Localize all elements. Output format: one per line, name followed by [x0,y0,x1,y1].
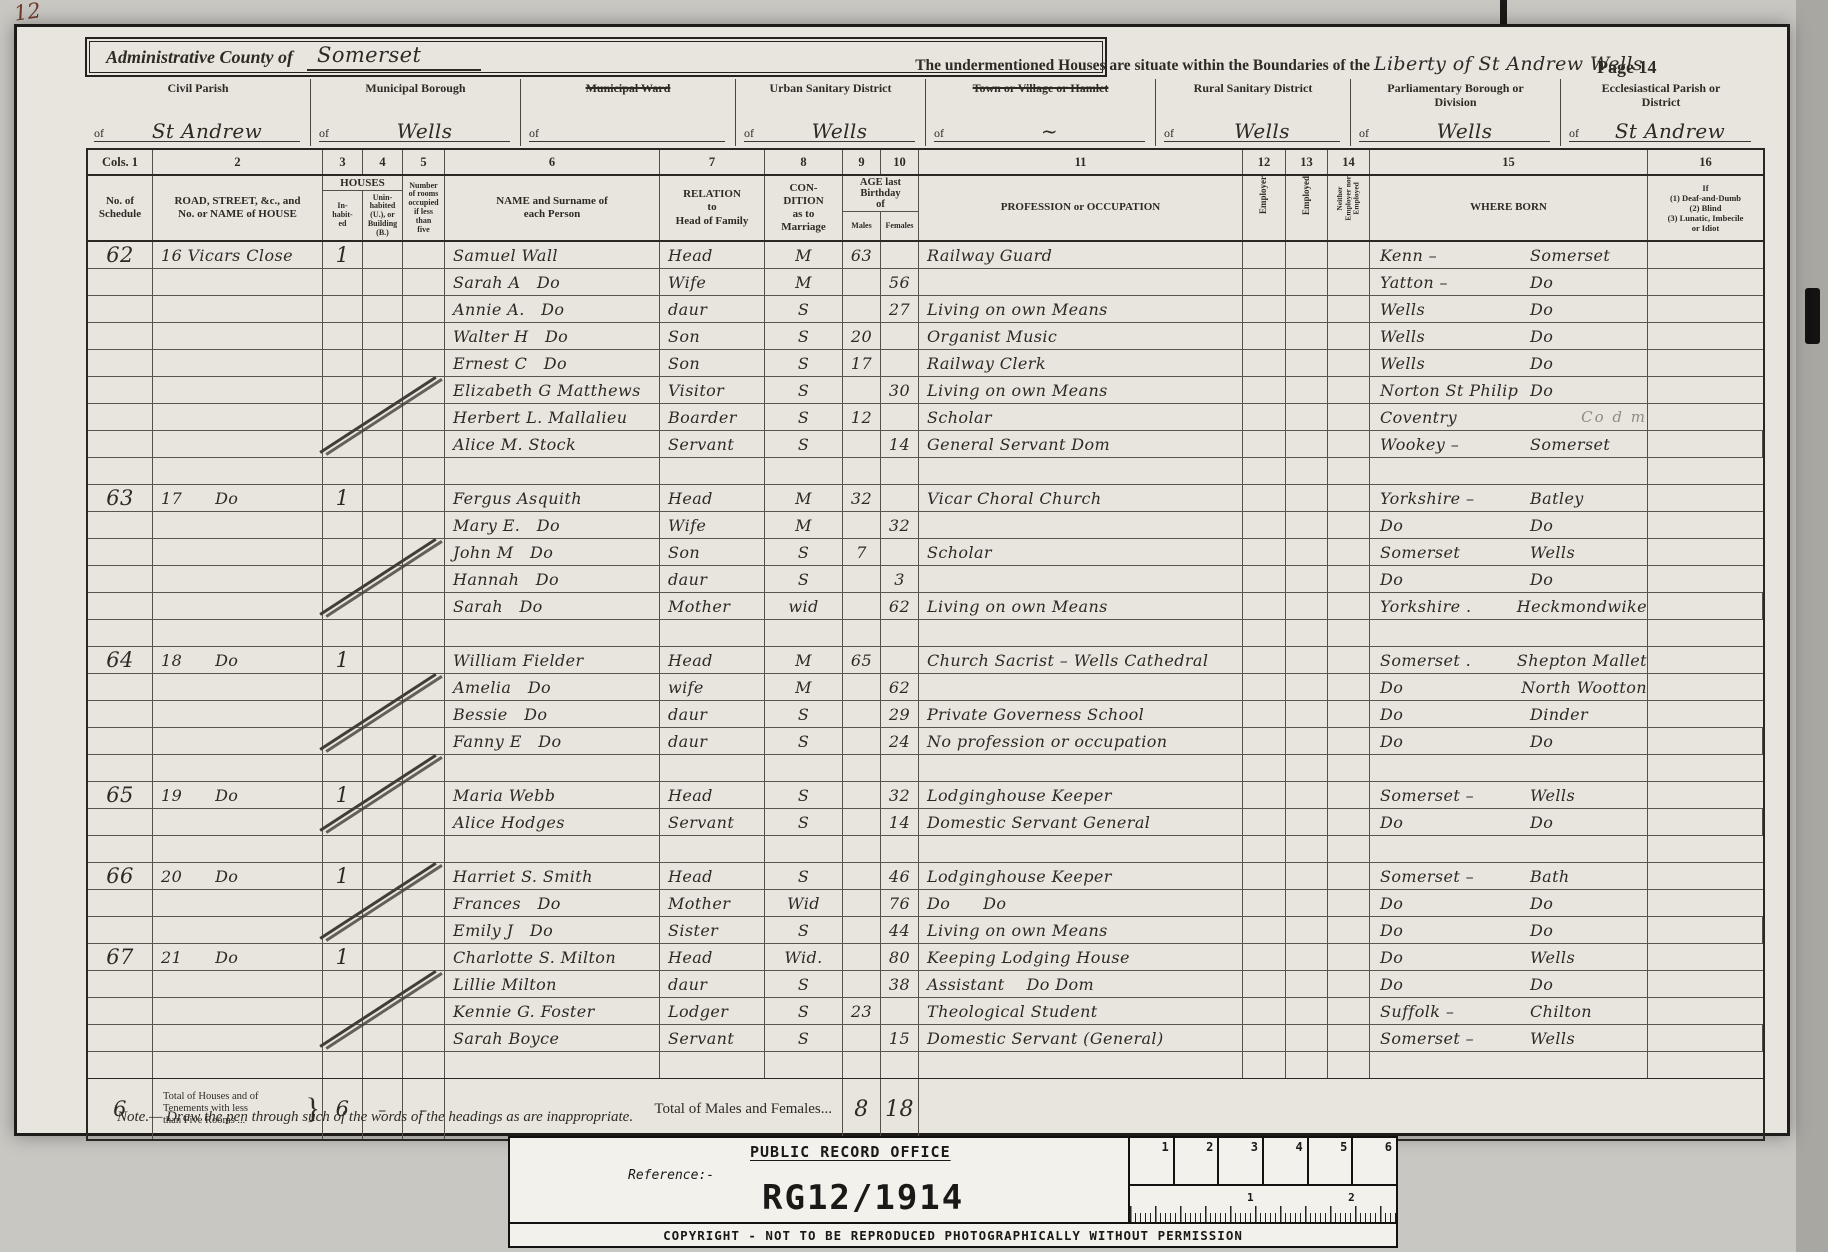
cell-uninhabited [363,269,403,295]
cell-uninhabited [363,917,403,943]
cell-name: Walter H Do [445,323,660,349]
district-of: of [1359,126,1369,141]
cell-age-female [881,242,919,268]
cell-age-female: 30 [881,377,919,403]
cell-employer [1243,863,1286,889]
cell-employed [1286,296,1328,322]
cell-name: Emily J Do [445,917,660,943]
born-place: Do [1370,570,1530,589]
census-row: Alice M. StockServantS14General Servant … [88,431,1763,458]
cell-uninhabited [363,1052,403,1078]
boundary-statement: The undermentioned Houses are situate wi… [643,53,1643,75]
cell-occupation: Domestic Servant General [919,809,1243,835]
cell-neither [1328,755,1370,781]
cell-age-female [881,836,919,862]
cell-address [153,917,323,943]
cell-employed [1286,350,1328,376]
cell-name [445,458,660,484]
census-row: Bessie DodaurS29Private Governess School… [88,701,1763,728]
cell-infirmity [1648,917,1763,943]
cell-age-male [843,890,881,916]
cell-age-male [843,809,881,835]
cell-age-male: 32 [843,485,881,511]
cell-neither [1328,917,1370,943]
cell-relation [660,755,765,781]
cell-relation: Head [660,647,765,673]
cell-relation: Head [660,863,765,889]
cell-age-male [843,863,881,889]
cell-condition: S [765,701,843,727]
cell-age-male: 63 [843,242,881,268]
cell-address [153,728,323,754]
cell-infirmity [1648,971,1763,997]
cell-address [153,620,323,646]
cell-address [153,431,323,457]
cell-name: Samuel Wall [445,242,660,268]
cell-age-male: 7 [843,539,881,565]
census-row: 6620 Do1Harriet S. SmithHeadS46Lodgingho… [88,863,1763,890]
column-numbers-row: Cols. 12345678910111213141516 [88,150,1763,176]
cell-neither [1328,242,1370,268]
cell-inhabited [323,836,363,862]
census-row: 6519 Do1Maria WebbHeadS32Lodginghouse Ke… [88,782,1763,809]
cell-uninhabited [363,485,403,511]
cell-employed [1286,809,1328,835]
census-row: 6721 Do1Charlotte S. MiltonHeadWid.80Kee… [88,944,1763,971]
cell-address [153,701,323,727]
cell-infirmity [1648,1025,1763,1051]
cell-occupation [919,269,1243,295]
cell-employed [1286,647,1328,673]
cell-inhabited [323,971,363,997]
cell-infirmity [1648,350,1763,376]
cell-condition: S [765,377,843,403]
cell-age-male: 65 [843,647,881,673]
cell-neither [1328,998,1370,1024]
district-value: Wells [1379,121,1550,141]
cell-relation: daur [660,701,765,727]
cell-where-born: WellsDo [1370,296,1648,322]
cell-uninhabited [363,1025,403,1051]
cell-schedule [88,593,153,619]
cell-where-born: DoWells [1370,944,1648,970]
cell-neither [1328,323,1370,349]
cell-name: Frances Do [445,890,660,916]
cell-address: 18 Do [153,647,323,673]
cell-condition: S [765,728,843,754]
cell-age-male [843,728,881,754]
cell-uninhabited [363,512,403,538]
cell-uninhabited [363,863,403,889]
cell-employer [1243,566,1286,592]
cell-employer [1243,296,1286,322]
census-page: Administrative County of Somerset The un… [14,24,1790,1136]
cell-occupation: Vicar Choral Church [919,485,1243,511]
cell-employed [1286,620,1328,646]
cell-where-born: DoDo [1370,809,1648,835]
cell-where-born: DoDo [1370,971,1648,997]
cell-age-female [881,404,919,430]
district-of-line: ofWells [1359,121,1550,142]
cell-address [153,836,323,862]
district-6: Rural Sanitary DistrictofWells [1156,79,1351,146]
cell-infirmity [1648,296,1763,322]
cell-employed [1286,539,1328,565]
cell-relation: Head [660,485,765,511]
cell-schedule: 62 [88,242,153,268]
cell-age-female [881,1052,919,1078]
cell-relation: Visitor [660,377,765,403]
district-of-line: ofWells [1164,121,1340,142]
cell-uninhabited [363,350,403,376]
cell-relation: daur [660,971,765,997]
column-headers-row: No. of Schedule ROAD, STREET, &c., and N… [88,176,1763,242]
cell-occupation: Living on own Means [919,917,1243,943]
cell-neither [1328,836,1370,862]
cell-employer [1243,944,1286,970]
cell-rooms [403,431,445,457]
cell-age-female [881,350,919,376]
header-employer: Employer [1243,176,1286,240]
header-age-females: Females [881,212,918,240]
cell-schedule [88,620,153,646]
cell-employer [1243,782,1286,808]
district-of: of [744,126,754,141]
cell-condition: Wid [765,890,843,916]
cell-age-male [843,1025,881,1051]
header-infirmities: If (1) Deaf-and-Dumb (2) Blind (3) Lunat… [1648,176,1763,240]
district-value: ~ [954,121,1145,141]
cell-schedule [88,512,153,538]
cell-schedule [88,458,153,484]
census-row [88,836,1763,863]
cell-neither [1328,539,1370,565]
born-county: Dinder [1530,705,1647,724]
district-value: Wells [339,121,510,141]
column-number-7: 7 [660,150,765,174]
census-row: Lillie MiltondaurS38Assistant Do DomDoDo [88,971,1763,998]
census-row: Elizabeth G MatthewsVisitorS30Living on … [88,377,1763,404]
cell-schedule [88,809,153,835]
district-of-line: of [529,126,725,142]
cell-relation: daur [660,566,765,592]
cell-schedule: 63 [88,485,153,511]
cell-employed [1286,485,1328,511]
census-row: Alice HodgesServantS14Domestic Servant G… [88,809,1763,836]
cell-rooms [403,1025,445,1051]
cell-employed [1286,377,1328,403]
cell-condition [765,836,843,862]
district-label: Municipal Borough [311,82,520,96]
cell-employed [1286,458,1328,484]
cell-age-female: 32 [881,512,919,538]
cell-neither [1328,647,1370,673]
cell-name: Annie A. Do [445,296,660,322]
cell-uninhabited [363,674,403,700]
cell-age-female: 38 [881,971,919,997]
born-county: Do [1530,327,1647,346]
cell-employer [1243,701,1286,727]
cell-inhabited [323,728,363,754]
column-number-3: 3 [323,150,363,174]
cell-employer [1243,350,1286,376]
cell-address [153,971,323,997]
cell-uninhabited [363,620,403,646]
born-county: Do [1530,273,1647,292]
cell-schedule: 67 [88,944,153,970]
district-value: Wells [764,121,915,141]
cell-inhabited: 1 [323,647,363,673]
cell-rooms [403,917,445,943]
district-label: Municipal Ward [521,82,735,96]
cell-infirmity [1648,836,1763,862]
cell-infirmity [1648,890,1763,916]
cell-inhabited: 1 [323,242,363,268]
cell-relation: daur [660,728,765,754]
cell-condition: S [765,350,843,376]
cell-occupation: Railway Clerk [919,350,1243,376]
header-age-group: AGE last Birthday of Males Females [843,176,919,240]
cell-employed [1286,890,1328,916]
cell-uninhabited [363,998,403,1024]
cell-rooms [403,377,445,403]
cell-age-male [843,458,881,484]
cell-name: William Fielder [445,647,660,673]
district-of: of [529,126,539,141]
cell-where-born: Somerset –Bath [1370,863,1648,889]
cell-schedule [88,890,153,916]
cell-condition: M [765,647,843,673]
cell-inhabited [323,1052,363,1078]
cell-condition [765,620,843,646]
cell-uninhabited [363,944,403,970]
cell-where-born: Kenn –Somerset [1370,242,1648,268]
cell-uninhabited [363,728,403,754]
cell-where-born: DoDo [1370,512,1648,538]
stamp-ruler-top: 123456 [1130,1138,1396,1186]
born-county: Do [1530,732,1647,751]
cell-age-female [881,485,919,511]
cell-age-female: 27 [881,296,919,322]
column-number-13: 13 [1286,150,1328,174]
cell-address [153,296,323,322]
cell-uninhabited [363,890,403,916]
cell-uninhabited [363,755,403,781]
cell-relation: Servant [660,1025,765,1051]
cell-name: Hannah Do [445,566,660,592]
born-county: North Wootton [1521,678,1647,697]
cell-employed [1286,404,1328,430]
cell-inhabited [323,296,363,322]
cell-schedule [88,539,153,565]
cell-name: Charlotte S. Milton [445,944,660,970]
cell-name: Elizabeth G Matthews [445,377,660,403]
cell-address [153,566,323,592]
cell-uninhabited [363,701,403,727]
cell-address [153,1025,323,1051]
cell-uninhabited [363,431,403,457]
cell-occupation [919,836,1243,862]
cell-employer [1243,809,1286,835]
cell-where-born: Yorkshire –Batley [1370,485,1648,511]
column-number-2: 2 [153,150,323,174]
cell-condition: wid [765,593,843,619]
cell-age-female [881,323,919,349]
cell-occupation: Living on own Means [919,593,1243,619]
cell-employed [1286,674,1328,700]
cell-rooms [403,458,445,484]
cell-infirmity [1648,242,1763,268]
district-of: of [319,126,329,141]
cell-name: Lillie Milton [445,971,660,997]
cell-inhabited [323,593,363,619]
cell-rooms [403,512,445,538]
cell-name: Alice M. Stock [445,431,660,457]
header-age: AGE last Birthday of [843,176,918,212]
cell-age-female: 62 [881,593,919,619]
born-place: Do [1370,732,1530,751]
cell-occupation: Assistant Do Dom [919,971,1243,997]
cell-where-born: DoDinder [1370,701,1648,727]
cell-rooms [403,485,445,511]
cell-address [153,998,323,1024]
cell-neither [1328,1025,1370,1051]
cell-schedule [88,566,153,592]
cell-inhabited [323,620,363,646]
cell-schedule [88,728,153,754]
cell-relation: Servant [660,809,765,835]
born-county: Do [1530,300,1647,319]
cell-infirmity [1648,809,1763,835]
cell-schedule [88,917,153,943]
cell-neither [1328,728,1370,754]
cell-age-male [843,674,881,700]
born-place: Wells [1370,327,1530,346]
cell-where-born: DoDo [1370,890,1648,916]
cell-neither [1328,377,1370,403]
census-row: Sarah A DoWifeM56Yatton –Do [88,269,1763,296]
born-county: Do [1530,516,1647,535]
cell-name: Fergus Asquith [445,485,660,511]
born-place: Do [1370,705,1530,724]
administrative-county-label: Administrative County of [106,47,293,68]
cell-name: Harriet S. Smith [445,863,660,889]
born-place: Norton St Philip [1370,381,1530,400]
header-uninhabited: Unin- habited (U.), or Building (B.) [363,191,402,240]
cell-occupation [919,674,1243,700]
cell-neither [1328,269,1370,295]
cell-rooms [403,944,445,970]
column-number-1: Cols. 1 [88,150,153,174]
born-place: Yorkshire . [1370,597,1517,616]
cell-rooms [403,593,445,619]
born-county: Chilton [1530,1002,1647,1021]
ruler-segment-3: 3 [1219,1138,1264,1184]
district-3: Municipal Wardof [521,79,736,146]
cell-relation: Mother [660,890,765,916]
cell-relation [660,458,765,484]
cell-rooms [403,269,445,295]
cell-address: 20 Do [153,863,323,889]
cell-age-female: 44 [881,917,919,943]
cell-address [153,404,323,430]
cell-age-female [881,539,919,565]
born-place: Do [1370,921,1530,940]
cell-rooms [403,863,445,889]
cell-age-male [843,782,881,808]
cell-employer [1243,431,1286,457]
cell-neither [1328,971,1370,997]
cell-age-female [881,620,919,646]
cell-age-female: 76 [881,890,919,916]
cell-neither [1328,350,1370,376]
column-number-12: 12 [1243,150,1286,174]
stamp-left-area: PUBLIC RECORD OFFICE Reference:- RG12/19… [510,1138,1128,1222]
cell-infirmity [1648,755,1763,781]
cell-inhabited: 1 [323,485,363,511]
column-number-11: 11 [919,150,1243,174]
cell-address [153,755,323,781]
cell-relation: Head [660,242,765,268]
cell-infirmity [1648,431,1763,457]
cell-address [153,323,323,349]
cell-where-born: Somerset –Wells [1370,1025,1648,1051]
header-condition: CON- DITION as to Marriage [765,176,843,240]
cell-relation: daur [660,296,765,322]
administrative-county-value: Somerset [307,43,481,71]
cell-schedule [88,998,153,1024]
census-row: Amelia DowifeM62DoNorth Wootton [88,674,1763,701]
header-houses-group: HOUSES In- habit- ed Unin- habited (U.),… [323,176,403,240]
cell-schedule: 65 [88,782,153,808]
header-occupation: PROFESSION or OCCUPATION [919,176,1243,240]
cell-age-female: 3 [881,566,919,592]
cell-inhabited: 1 [323,782,363,808]
cell-rooms [403,296,445,322]
cell-employer [1243,458,1286,484]
cell-name [445,836,660,862]
cell-employed [1286,917,1328,943]
born-place: Kenn – [1370,246,1530,265]
cell-occupation: No profession or occupation [919,728,1243,754]
cell-employed [1286,755,1328,781]
cell-uninhabited [363,782,403,808]
born-place: Somerset [1370,543,1530,562]
cell-infirmity [1648,620,1763,646]
cell-uninhabited [363,377,403,403]
cell-condition [765,755,843,781]
cell-employed [1286,971,1328,997]
cell-uninhabited [363,809,403,835]
cell-occupation: Private Governess School [919,701,1243,727]
cell-employed [1286,1052,1328,1078]
census-row [88,755,1763,782]
born-place: Do [1370,678,1521,697]
cell-address [153,269,323,295]
cell-employer [1243,728,1286,754]
census-row: 6317 Do1Fergus AsquithHeadM32Vicar Chora… [88,485,1763,512]
district-label: Parliamentary Borough or Division [1351,82,1560,110]
census-row [88,458,1763,485]
cell-occupation: Living on own Means [919,377,1243,403]
cell-neither [1328,458,1370,484]
cell-age-female: 32 [881,782,919,808]
cell-employer [1243,404,1286,430]
census-row: 6418 Do1William FielderHeadM65Church Sac… [88,647,1763,674]
cell-address [153,809,323,835]
census-row: Mary E. DoWifeM32DoDo [88,512,1763,539]
cell-inhabited [323,890,363,916]
